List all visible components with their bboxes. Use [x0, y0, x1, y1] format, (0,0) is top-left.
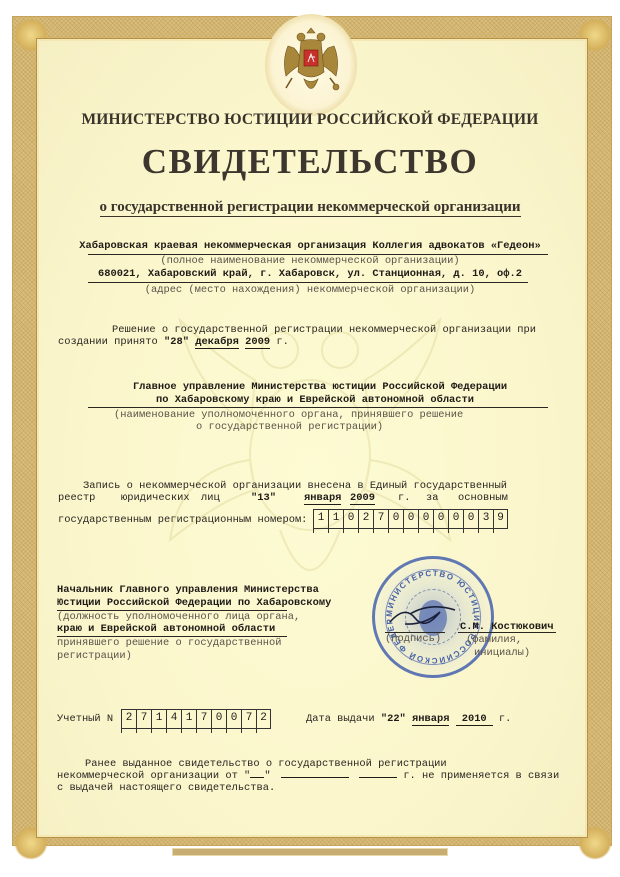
ogrn-number: 1102700000039 [313, 509, 508, 529]
previous-month-blank [281, 777, 349, 778]
digit-cell: 0 [343, 510, 358, 528]
ministry-heading: МИНИСТЕРСТВО ЮСТИЦИИ РОССИЙСКОЙ ФЕДЕРАЦИ… [0, 111, 620, 129]
official-hint1: (должность уполномоченного лица органа, [57, 611, 300, 623]
digit-cell: 0 [463, 510, 478, 528]
official-hint2: принявшего решение о государственной [57, 637, 281, 649]
official-hint3: регистрации) [57, 650, 132, 662]
issue-month: января [412, 713, 449, 726]
certificate-title: СВИДЕТЕЛЬСТВО [0, 142, 620, 182]
previous-prefix: некоммерческой организации от " [57, 770, 250, 782]
registry-word: за [426, 492, 438, 504]
decision-prefix: создании принято [58, 336, 164, 348]
issue-year: 2010 [456, 713, 493, 726]
divider [88, 282, 528, 283]
digit-cell: 1 [151, 710, 166, 728]
digit-cell: 0 [403, 510, 418, 528]
authority-hint1: (наименование уполномоченного органа, пр… [114, 409, 463, 421]
digit-cell: 2 [358, 510, 373, 528]
digit-cell: 0 [211, 710, 226, 728]
digit-cell: 1 [181, 710, 196, 728]
digit-cell: 3 [478, 510, 493, 528]
divider [88, 407, 548, 408]
digit-cell: 2 [121, 710, 136, 728]
registry-month: января [304, 492, 341, 505]
previous-quote: " [264, 770, 270, 782]
decision-text-line1: Решение о государственной регистрации не… [112, 324, 536, 336]
issue-date: Дата выдачи "22" января 2010 г. [306, 713, 511, 725]
digit-cell: 0 [226, 710, 241, 728]
previous-line3: с выдачей настоящего свидетельства. [57, 782, 275, 794]
authority-hint2: о государственной регистрации) [196, 421, 383, 433]
signature-hint: (подпись) [385, 633, 441, 645]
digit-cell: 0 [418, 510, 433, 528]
previous-year-blank [359, 777, 397, 778]
digit-cell: 1 [313, 510, 328, 528]
organization-address: 680021, Хабаровский край, г. Хабаровск, … [0, 268, 620, 280]
digit-cell: 4 [166, 710, 181, 728]
official-position-line2: Юстиции Российской Федерации по Хабаровс… [57, 597, 331, 609]
digit-cell: 0 [388, 510, 403, 528]
decision-text-line2: создании принято "28" декабря 2009 г. [58, 336, 289, 348]
printer-imprint [172, 848, 448, 856]
issue-day: "22" [381, 713, 406, 725]
issue-year-suffix: г. [499, 713, 511, 725]
organization-name: Хабаровская краевая некоммерческая орган… [0, 240, 620, 252]
organization-name-hint: (полное наименование некоммерческой орга… [0, 255, 620, 267]
account-label: Учетный N [57, 713, 113, 725]
registry-word: г. [398, 492, 410, 504]
decision-day: "28" [164, 336, 189, 348]
digit-cell: 9 [493, 510, 508, 528]
authority-line2: по Хабаровскому краю и Еврейской автоном… [0, 394, 620, 406]
official-position-line3: краю и Еврейской автономной области [57, 623, 275, 635]
decision-month: декабря [195, 336, 239, 349]
previous-line1: Ранее выданное свидетельство о государст… [85, 758, 447, 770]
certificate-subtitle: о государственной регистрации некоммерче… [0, 199, 620, 216]
registry-word: основным [458, 492, 508, 504]
account-number: 2714170072 [121, 709, 271, 729]
digit-cell: 7 [373, 510, 388, 528]
digit-cell: 0 [448, 510, 463, 528]
registry-word: лиц [201, 492, 220, 504]
official-name-hint2: инициалы) [474, 647, 530, 659]
registry-day: "13" [251, 492, 276, 504]
certificate-subtitle-text: о государственной регистрации некоммерче… [100, 199, 521, 217]
decision-year-suffix: г. [276, 336, 288, 348]
decision-year: 2009 [245, 336, 270, 349]
registry-word: реестр [58, 492, 95, 504]
previous-suffix: г. не применяется в связи [403, 770, 559, 782]
organization-address-hint: (адрес (место нахождения) некоммерческой… [0, 284, 620, 296]
digit-cell: 7 [136, 710, 151, 728]
issue-date-label: Дата выдачи [306, 713, 375, 725]
previous-day-blank [250, 777, 264, 778]
digit-cell: 2 [256, 710, 271, 728]
digit-cell: 0 [433, 510, 448, 528]
registry-year: 2009 [350, 492, 375, 505]
digit-cell: 1 [328, 510, 343, 528]
previous-line2: некоммерческой организации от "" г. не п… [57, 770, 559, 782]
authority-line1: Главное управление Министерства юстиции … [0, 381, 620, 393]
divider [458, 632, 556, 633]
registry-word: юридических [121, 492, 190, 504]
digit-cell: 7 [196, 710, 211, 728]
digit-cell: 7 [241, 710, 256, 728]
russian-coat-of-arms-icon [280, 24, 342, 106]
official-position-line1: Начальник Главного управления Министерст… [57, 584, 319, 596]
registry-line1: Запись о некоммерческой организации внес… [83, 480, 507, 492]
ogrn-label: государственным регистрационным номером: [58, 514, 307, 526]
official-name-hint1: (фамилия, [466, 634, 522, 646]
